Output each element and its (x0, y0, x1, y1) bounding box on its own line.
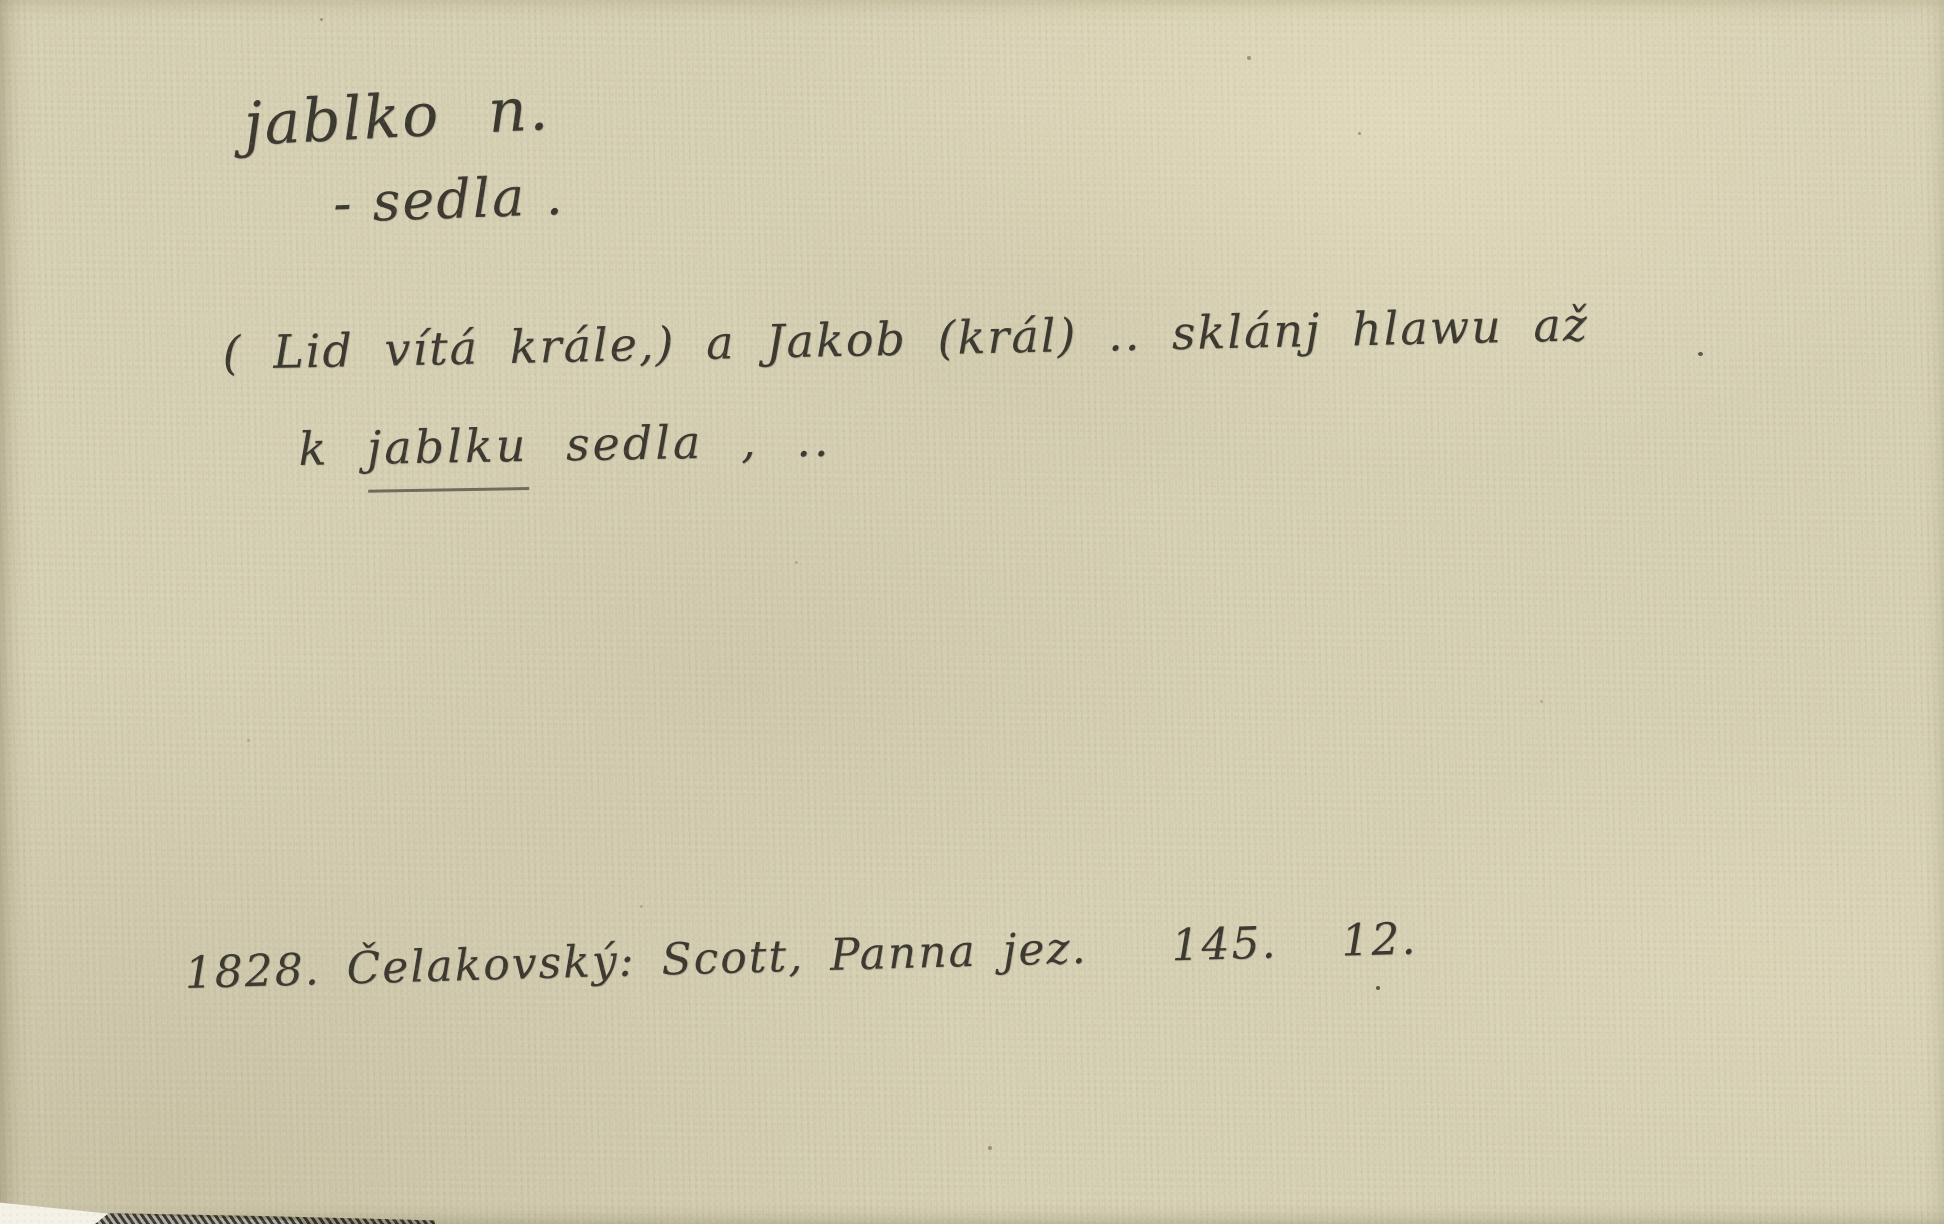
quotation-line-2: k jablku sedla , .. (298, 413, 832, 476)
quotation-line-2-prefix: k (298, 421, 367, 476)
paper-speck (640, 905, 643, 908)
paper-speck (988, 1146, 992, 1150)
variant-line: - sedla . (332, 164, 566, 235)
bottom-edge-scan-shadow (95, 1212, 435, 1224)
citation-work: Scott, Panna jez. (661, 923, 1088, 986)
excerpt-card: jablkon. - sedla . ( Lid vítá krále,) a … (0, 0, 1944, 1224)
citation-line: 1828. Čelakovský: Scott, Panna jez. 145.… (184, 914, 1418, 999)
citation-author: Čelakovský: (346, 935, 636, 994)
paper-speck (247, 739, 250, 742)
citation-year: 1828. (184, 944, 321, 999)
paper-speck (320, 18, 323, 21)
ink-speck (1698, 352, 1703, 356)
headword-line: jablkon. (242, 74, 551, 160)
citation-page-number: 145. (1171, 917, 1278, 971)
paper-speck (795, 561, 798, 564)
citation-verse-number: 12. (1341, 914, 1418, 967)
gender-abbreviation: n. (486, 74, 551, 147)
underlined-word: jablku (366, 418, 529, 493)
headword: jablko (242, 80, 442, 160)
paper-speck (1540, 700, 1543, 703)
ink-speck (1376, 986, 1380, 990)
paper-speck (1358, 132, 1361, 135)
paper-speck (1247, 56, 1251, 60)
quotation-line-2-suffix: sedla , .. (528, 413, 832, 472)
quotation-line-1: ( Lid vítá krále,) a Jakob (král) .. skl… (222, 297, 1589, 380)
